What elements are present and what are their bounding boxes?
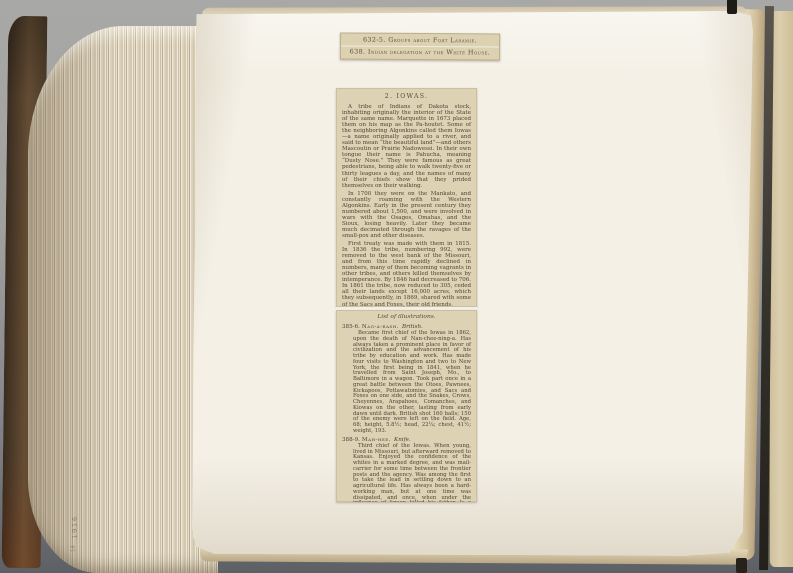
entry-2-description: Third chief of the Iowas. When young, li… bbox=[353, 444, 471, 502]
copy-stand-clamp-top bbox=[727, 0, 737, 14]
caption-slip: 632-5. Groups about Fort Laramie. 638. I… bbox=[340, 32, 500, 60]
copy-stand-clamp-bottom bbox=[736, 558, 747, 573]
entry-2-number: 388-9. bbox=[342, 437, 360, 443]
clipping-lower-piece: List of illustrations. 385-6.Nag-a-rash.… bbox=[336, 310, 477, 502]
clipping-heading: 2. IOWAS. bbox=[342, 93, 471, 100]
clipping-upper-piece: 2. IOWAS. A tribe of Indians of Dakota s… bbox=[336, 88, 477, 307]
list-of-illustrations-heading: List of illustrations. bbox=[342, 314, 471, 320]
paragraph-3: First treaty was made with them in 1815.… bbox=[342, 241, 471, 307]
photo-of-album-page: 632-5. Groups about Fort Laramie. 638. I… bbox=[0, 0, 793, 573]
entry-2-epithet: Knife. bbox=[394, 437, 411, 443]
pasted-clipping: 2. IOWAS. A tribe of Indians of Dakota s… bbox=[336, 88, 477, 502]
entry-2-name: Mah-hee. bbox=[362, 437, 391, 443]
pencil-inscription: 1916 bbox=[71, 489, 79, 539]
paragraph-2: In 1700 they were on the Mankato, and co… bbox=[342, 191, 471, 239]
entry-2-heading: 388-9.Mah-hee.Knife. bbox=[342, 437, 471, 443]
paragraph-1: A tribe of Indians of Dakota stock, inha… bbox=[342, 104, 471, 189]
caption-line-2: 638. Indian delegation at the White Hous… bbox=[341, 45, 499, 58]
fanned-page-edges bbox=[28, 26, 218, 573]
entry-1-description: Became first chief of the Iowas in 1862,… bbox=[353, 331, 471, 435]
pencil-inscription-2: 14 bbox=[70, 545, 77, 553]
